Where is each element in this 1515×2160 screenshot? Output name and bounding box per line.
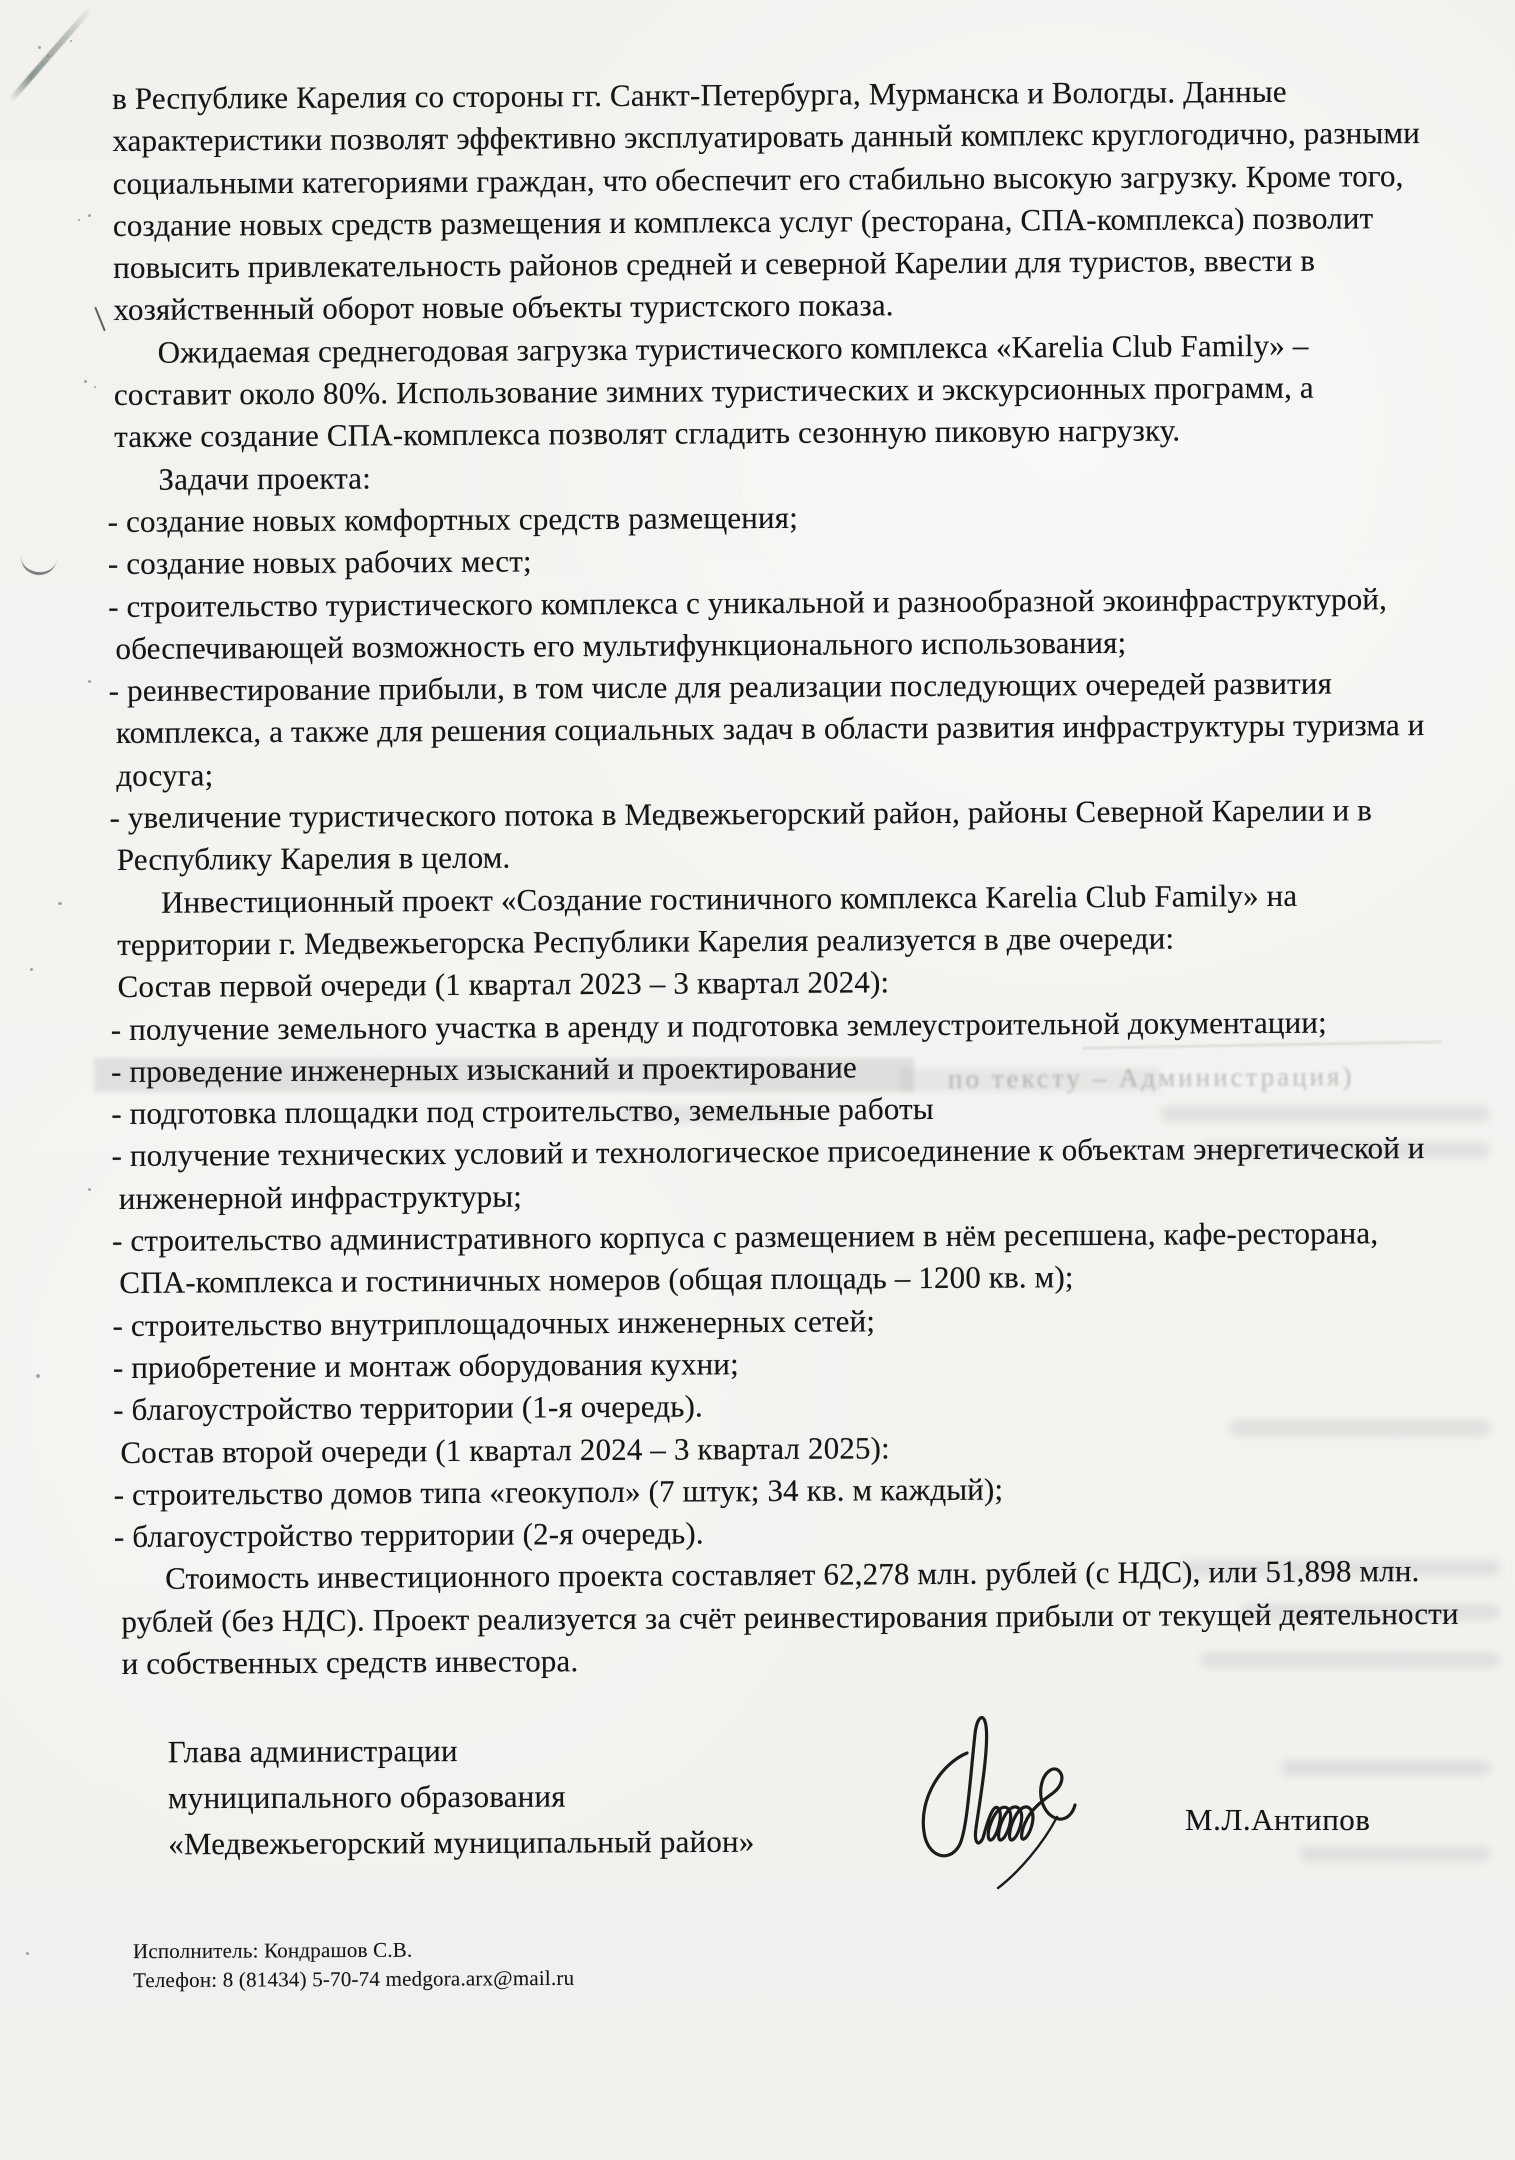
scanned-document-page: { "page": { "body_lines": [ {"text": "в …: [0, 0, 1515, 2160]
scan-speck: [94, 386, 96, 388]
signature-title-line: «Медвежьегорский муниципальный район»: [168, 1819, 755, 1868]
scan-speck: [88, 680, 91, 683]
scan-speck: [88, 214, 91, 217]
document-line: комплекса, а также для решения социальны…: [116, 704, 1454, 754]
bleedthrough-smudge: [1280, 1760, 1490, 1776]
scan-speck: [78, 219, 80, 221]
scan-speck: [70, 40, 72, 42]
document-line: - строительство административного корпус…: [112, 1212, 1457, 1263]
signature-title-line: муниципального образования: [168, 1773, 755, 1822]
scan-speck: [88, 1188, 91, 1191]
document-line: рублей (без НДС). Проект реализуется за …: [121, 1592, 1459, 1642]
document-line: - получение технических условий и технол…: [111, 1127, 1456, 1178]
scan-pen-streak: [8, 5, 94, 103]
scan-speck: [26, 1952, 29, 1955]
paper-sheet: по тексту – Администрация) в Республике …: [0, 0, 1515, 2160]
scan-speck: [58, 902, 62, 905]
scan-speck: [30, 968, 33, 971]
document-line: характеристики позволят эффективно экспл…: [112, 112, 1450, 162]
signature-title-block: Глава администрациимуниципального образо…: [168, 1727, 755, 1868]
bleedthrough-smudge: [1300, 1846, 1490, 1862]
document-line: - получение земельного участка в аренду …: [111, 1000, 1456, 1051]
footer-line: Исполнитель: Кондрашов С.В.: [133, 1935, 574, 1966]
scan-hook-mark: [19, 554, 57, 577]
scan-speck: [84, 380, 87, 383]
document-line: повысить привлекательность районов средн…: [113, 239, 1451, 289]
scan-speck: [47, 55, 49, 57]
signature-title-line: Глава администрации: [168, 1727, 755, 1776]
document-body-text: в Республике Карелия со стороны гг. Санк…: [112, 70, 1459, 1685]
document-line: и собственных средств инвестора.: [122, 1635, 1460, 1685]
signer-name: М.Л.Антипов: [1185, 1802, 1370, 1838]
scan-speck: [36, 1374, 40, 1378]
document-line: Инвестиционный проект «Создание гостинич…: [117, 873, 1455, 923]
document-footer: Исполнитель: Кондрашов С.В.Телефон: 8 (8…: [133, 1935, 574, 1994]
document-line: составит около 80%. Использование зимних…: [114, 366, 1452, 416]
scan-speck: [38, 46, 41, 49]
footer-line: Телефон: 8 (81434) 5-70-74 medgora.arx@m…: [133, 1963, 574, 1994]
document-line: - строительство туристического комплекса…: [108, 577, 1453, 628]
handwritten-signature: [905, 1698, 1100, 1903]
scan-pen-mark: [94, 307, 106, 332]
document-line: - увеличение туристического потока в Мед…: [109, 789, 1454, 840]
